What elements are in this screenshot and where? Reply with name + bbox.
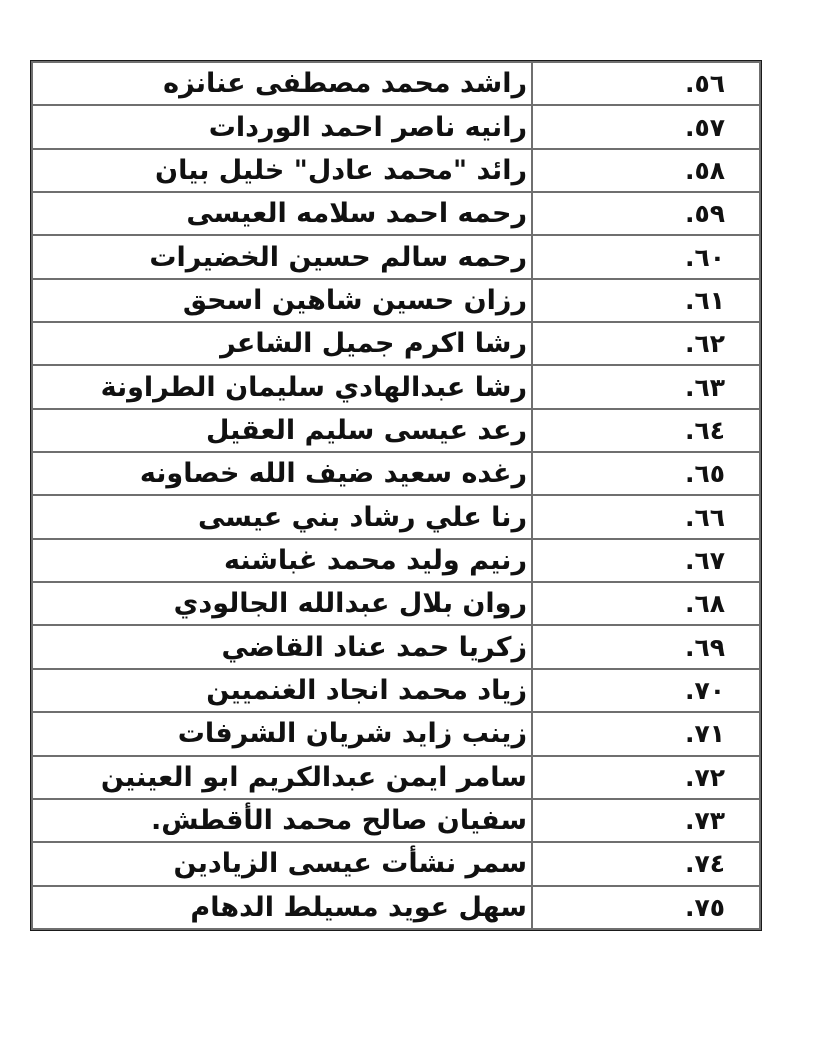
row-number-cell: ٦٥.	[532, 452, 760, 495]
names-table: ٥٦.راشد محمد مصطفى عنانزه٥٧.رانيه ناصر ا…	[31, 61, 761, 930]
row-name-cell: رنا علي رشاد بني عيسى	[32, 495, 532, 538]
row-name-cell: رشا عبدالهادي سليمان الطراونة	[32, 365, 532, 408]
table-row: ٦٧.رنيم وليد محمد غباشنه	[32, 539, 760, 582]
row-name-cell: راشد محمد مصطفى عنانزه	[32, 62, 532, 105]
row-number-cell: ٧٠.	[532, 669, 760, 712]
row-name-cell: رغده سعيد ضيف الله خصاونه	[32, 452, 532, 495]
table-row: ٦٣.رشا عبدالهادي سليمان الطراونة	[32, 365, 760, 408]
table-row: ٦٨.روان بلال عبدالله الجالودي	[32, 582, 760, 625]
row-number-cell: ٥٩.	[532, 192, 760, 235]
row-name-cell: رحمه احمد سلامه العيسى	[32, 192, 532, 235]
table-row: ٥٨.رائد "محمد عادل" خليل بيان	[32, 149, 760, 192]
row-name-cell: زينب زايد شريان الشرفات	[32, 712, 532, 755]
row-number-cell: ٧٥.	[532, 886, 760, 929]
row-number-cell: ٥٨.	[532, 149, 760, 192]
row-number-cell: ٥٦.	[532, 62, 760, 105]
row-name-cell: روان بلال عبدالله الجالودي	[32, 582, 532, 625]
row-number-cell: ٦٠.	[532, 235, 760, 278]
table-row: ٧٥.سهل عويد مسيلط الدهام	[32, 886, 760, 929]
row-number-cell: ٦٨.	[532, 582, 760, 625]
table-body: ٥٦.راشد محمد مصطفى عنانزه٥٧.رانيه ناصر ا…	[32, 62, 760, 929]
row-name-cell: رزان حسين شاهين اسحق	[32, 279, 532, 322]
row-number-cell: ٦٩.	[532, 625, 760, 668]
row-name-cell: رائد "محمد عادل" خليل بيان	[32, 149, 532, 192]
table-row: ٧٣.سفيان صالح محمد الأقطش.	[32, 799, 760, 842]
table-row: ٦٥.رغده سعيد ضيف الله خصاونه	[32, 452, 760, 495]
row-number-cell: ٧٤.	[532, 842, 760, 885]
table-row: ٦٤.رعد عيسى سليم العقيل	[32, 409, 760, 452]
row-name-cell: سامر ايمن عبدالكريم ابو العينين	[32, 756, 532, 799]
table-row: ٥٦.راشد محمد مصطفى عنانزه	[32, 62, 760, 105]
row-name-cell: زياد محمد انجاد الغنميين	[32, 669, 532, 712]
row-number-cell: ٦٣.	[532, 365, 760, 408]
row-name-cell: رنيم وليد محمد غباشنه	[32, 539, 532, 582]
table-row: ٥٧.رانيه ناصر احمد الوردات	[32, 105, 760, 148]
table-row: ٥٩.رحمه احمد سلامه العيسى	[32, 192, 760, 235]
names-table-container: ٥٦.راشد محمد مصطفى عنانزه٥٧.رانيه ناصر ا…	[30, 60, 762, 931]
row-number-cell: ٦٦.	[532, 495, 760, 538]
table-row: ٧٠.زياد محمد انجاد الغنميين	[32, 669, 760, 712]
row-number-cell: ٦٤.	[532, 409, 760, 452]
row-name-cell: رعد عيسى سليم العقيل	[32, 409, 532, 452]
row-name-cell: سفيان صالح محمد الأقطش.	[32, 799, 532, 842]
document-page: ٥٦.راشد محمد مصطفى عنانزه٥٧.رانيه ناصر ا…	[0, 0, 816, 1056]
table-row: ٦٠.رحمه سالم حسين الخضيرات	[32, 235, 760, 278]
row-number-cell: ٦٧.	[532, 539, 760, 582]
table-row: ٦٢.رشا اكرم جميل الشاعر	[32, 322, 760, 365]
table-row: ٦١.رزان حسين شاهين اسحق	[32, 279, 760, 322]
row-name-cell: زكريا حمد عناد القاضي	[32, 625, 532, 668]
table-row: ٦٦.رنا علي رشاد بني عيسى	[32, 495, 760, 538]
row-name-cell: سهل عويد مسيلط الدهام	[32, 886, 532, 929]
row-name-cell: رانيه ناصر احمد الوردات	[32, 105, 532, 148]
row-name-cell: رحمه سالم حسين الخضيرات	[32, 235, 532, 278]
table-row: ٧٤.سمر نشأت عيسى الزيادين	[32, 842, 760, 885]
row-number-cell: ٥٧.	[532, 105, 760, 148]
row-name-cell: سمر نشأت عيسى الزيادين	[32, 842, 532, 885]
table-row: ٧١.زينب زايد شريان الشرفات	[32, 712, 760, 755]
table-row: ٧٢.سامر ايمن عبدالكريم ابو العينين	[32, 756, 760, 799]
table-row: ٦٩.زكريا حمد عناد القاضي	[32, 625, 760, 668]
row-number-cell: ٦١.	[532, 279, 760, 322]
row-number-cell: ٧٢.	[532, 756, 760, 799]
row-name-cell: رشا اكرم جميل الشاعر	[32, 322, 532, 365]
row-number-cell: ٦٢.	[532, 322, 760, 365]
row-number-cell: ٧١.	[532, 712, 760, 755]
row-number-cell: ٧٣.	[532, 799, 760, 842]
